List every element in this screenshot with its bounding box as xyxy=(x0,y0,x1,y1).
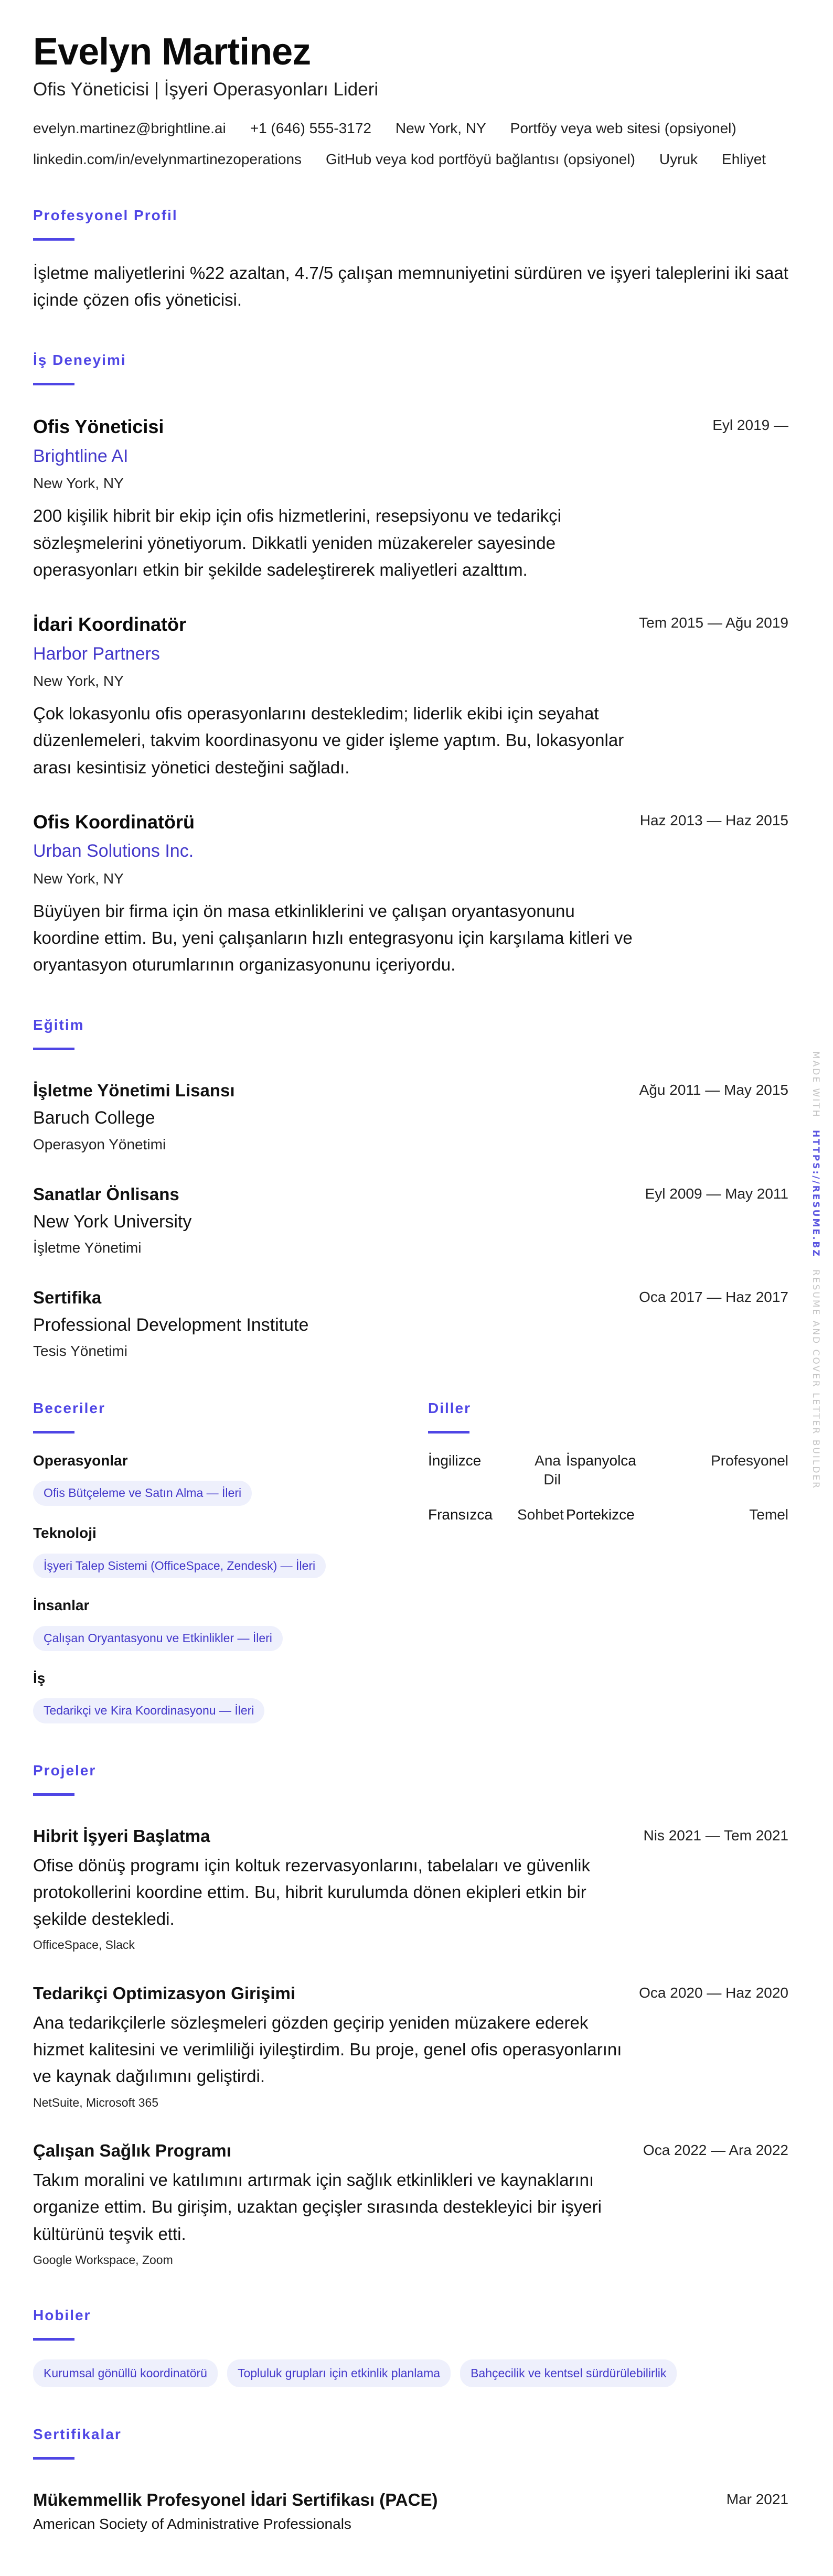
skill-chip: Ofis Bütçeleme ve Satın Alma — İleri xyxy=(33,1481,252,1506)
hobby-chip: Bahçecilik ve kentsel sürdürülebilirlik xyxy=(460,2359,677,2388)
language-name: Portekizce xyxy=(566,1505,650,1524)
skill-group: İş Tedarikçi ve Kira Koordinasyonu — İle… xyxy=(33,1669,428,1723)
project-name: Çalışan Sağlık Programı xyxy=(33,2140,231,2162)
section-title-projects: Projeler xyxy=(33,1762,788,1779)
section-experience: İş Deneyimi Ofis Yöneticisi Eyl 2019 — B… xyxy=(33,352,788,978)
education-item: Sanatlar Önlisans Eyl 2009 — May 2011 Ne… xyxy=(33,1183,788,1257)
contact-list: evelyn.martinez@brightline.ai +1 (646) 5… xyxy=(33,120,788,168)
section-languages: Diller İngilizce Ana Dil İspanyolca Prof… xyxy=(428,1400,788,1723)
school-name: New York University xyxy=(33,1210,788,1233)
job-title: Ofis Koordinatörü xyxy=(33,810,195,835)
section-projects: Projeler Hibrit İşyeri Başlatma Nis 2021… xyxy=(33,1762,788,2268)
skill-group: Teknoloji İşyeri Talep Sistemi (OfficeSp… xyxy=(33,1524,428,1578)
contact-driving-license: Ehliyet xyxy=(722,150,766,168)
resume-header: Evelyn Martinez Ofis Yöneticisi | İşyeri… xyxy=(33,33,788,168)
contact-portfolio[interactable]: Portföy veya web sitesi (opsiyonel) xyxy=(510,120,736,137)
degree-name: Sertifika xyxy=(33,1287,101,1309)
section-divider xyxy=(33,383,74,385)
hobby-chip: Kurumsal gönüllü koordinatörü xyxy=(33,2359,218,2388)
section-divider xyxy=(33,1793,74,1796)
education-item: İşletme Yönetimi Lisansı Ağu 2011 — May … xyxy=(33,1080,788,1154)
watermark-link[interactable]: https://resume.bz xyxy=(810,1130,821,1258)
degree-name: Sanatlar Önlisans xyxy=(33,1183,179,1206)
project-description: Ofise dönüş programı için koltuk rezerva… xyxy=(33,1852,636,1932)
job-dates: Haz 2013 — Haz 2015 xyxy=(640,810,788,830)
job-title: Ofis Yöneticisi xyxy=(33,415,164,439)
project-name: Hibrit İşyeri Başlatma xyxy=(33,1825,210,1848)
certification-name: Mükemmellik Profesyonel İdari Sertifikas… xyxy=(33,2489,437,2512)
section-title-profile: Profesyonel Profil xyxy=(33,207,788,224)
contact-linkedin[interactable]: linkedin.com/in/evelynmartinezoperations xyxy=(33,150,302,168)
project-item: Hibrit İşyeri Başlatma Nis 2021 — Tem 20… xyxy=(33,1825,788,1953)
project-tech: NetSuite, Microsoft 365 xyxy=(33,2095,788,2111)
project-tech: OfficeSpace, Slack xyxy=(33,1937,788,1953)
field-of-study: İşletme Yönetimi xyxy=(33,1238,788,1257)
project-item: Tedarikçi Optimizasyon Girişimi Oca 2020… xyxy=(33,1982,788,2110)
language-level: Temel xyxy=(655,1505,788,1524)
section-education: Eğitim İşletme Yönetimi Lisansı Ağu 2011… xyxy=(33,1017,788,1361)
contact-github[interactable]: GitHub veya kod portföyü bağlantısı (ops… xyxy=(326,150,635,168)
company-name: Urban Solutions Inc. xyxy=(33,839,788,863)
watermark-prefix: Made with xyxy=(810,1051,821,1118)
degree-name: İşletme Yönetimi Lisansı xyxy=(33,1080,235,1102)
section-title-education: Eğitim xyxy=(33,1017,788,1033)
school-name: Baruch College xyxy=(33,1106,788,1129)
language-level: Ana Dil xyxy=(517,1451,561,1490)
job-dates: Tem 2015 — Ağu 2019 xyxy=(639,612,788,632)
section-title-certifications: Sertifikalar xyxy=(33,2426,788,2443)
project-name: Tedarikçi Optimizasyon Girişimi xyxy=(33,1982,295,2005)
skill-group: İnsanlar Çalışan Oryantasyonu ve Etkinli… xyxy=(33,1596,428,1651)
profile-summary: İşletme maliyetlerini %22 azaltan, 4.7/5… xyxy=(33,260,788,313)
job-description: Büyüyen bir firma için ön masa etkinlikl… xyxy=(33,898,636,978)
project-description: Takım moralini ve katılımını artırmak iç… xyxy=(33,2167,636,2247)
company-name: Brightline AI xyxy=(33,445,788,468)
contact-email[interactable]: evelyn.martinez@brightline.ai xyxy=(33,120,226,137)
skill-group-name: İş xyxy=(33,1669,428,1688)
project-dates: Oca 2022 — Ara 2022 xyxy=(643,2140,788,2160)
section-divider xyxy=(33,238,74,241)
language-table: İngilizce Ana Dil İspanyolca Profesyonel… xyxy=(428,1451,788,1524)
builder-watermark: Made with https://resume.bz Resume and c… xyxy=(810,1051,821,1490)
skill-group-name: Operasyonlar xyxy=(33,1451,428,1470)
education-dates: Eyl 2009 — May 2011 xyxy=(645,1183,788,1203)
language-level: Sohbet xyxy=(517,1505,561,1524)
certification-date: Mar 2021 xyxy=(727,2489,788,2509)
section-divider xyxy=(33,2338,74,2341)
experience-item: İdari Koordinatör Tem 2015 — Ağu 2019 Ha… xyxy=(33,612,788,781)
watermark-suffix: Resume and cover letter builder xyxy=(810,1269,821,1490)
project-item: Çalışan Sağlık Programı Oca 2022 — Ara 2… xyxy=(33,2140,788,2268)
job-location: New York, NY xyxy=(33,672,788,691)
skill-chip: Tedarikçi ve Kira Koordinasyonu — İleri xyxy=(33,1698,264,1723)
job-description: 200 kişilik hibrit bir ekip için ofis hi… xyxy=(33,502,636,583)
language-name: İspanyolca xyxy=(566,1451,650,1490)
contact-phone[interactable]: +1 (646) 555-3172 xyxy=(250,120,371,137)
language-name: İngilizce xyxy=(428,1451,512,1490)
section-hobbies: Hobiler Kurumsal gönüllü koordinatörü To… xyxy=(33,2307,788,2388)
company-name: Harbor Partners xyxy=(33,642,788,665)
job-description: Çok lokasyonlu ofis operasyonlarını dest… xyxy=(33,700,636,780)
skill-group-name: İnsanlar xyxy=(33,1596,428,1615)
school-name: Professional Development Institute xyxy=(33,1313,788,1336)
language-row: İngilizce Ana Dil İspanyolca Profesyonel xyxy=(428,1451,788,1490)
field-of-study: Operasyon Yönetimi xyxy=(33,1135,788,1154)
resume-page: Evelyn Martinez Ofis Yöneticisi | İşyeri… xyxy=(0,0,833,2576)
language-name: Fransızca xyxy=(428,1505,512,1524)
section-certifications: Sertifikalar Mükemmellik Profesyonel İda… xyxy=(33,2426,788,2534)
field-of-study: Tesis Yönetimi xyxy=(33,1342,788,1361)
section-profile: Profesyonel Profil İşletme maliyetlerini… xyxy=(33,207,788,313)
project-tech: Google Workspace, Zoom xyxy=(33,2252,788,2268)
contact-location: New York, NY xyxy=(396,120,486,137)
education-dates: Oca 2017 — Haz 2017 xyxy=(639,1287,788,1307)
skills-languages-row: Beceriler Operasyonlar Ofis Bütçeleme ve… xyxy=(33,1400,788,1723)
job-location: New York, NY xyxy=(33,869,788,888)
hobby-list: Kurumsal gönüllü koordinatörü Topluluk g… xyxy=(33,2359,788,2388)
experience-item: Ofis Koordinatörü Haz 2013 — Haz 2015 Ur… xyxy=(33,810,788,978)
education-item: Sertifika Oca 2017 — Haz 2017 Profession… xyxy=(33,1287,788,1361)
project-dates: Oca 2020 — Haz 2020 xyxy=(639,1982,788,2002)
job-title: İdari Koordinatör xyxy=(33,612,186,637)
section-divider xyxy=(33,1431,74,1433)
certification-issuer: American Society of Administrative Profe… xyxy=(33,2515,788,2534)
certification-item: Mükemmellik Profesyonel İdari Sertifikas… xyxy=(33,2489,788,2534)
skill-chip: İşyeri Talep Sistemi (OfficeSpace, Zende… xyxy=(33,1554,326,1579)
candidate-headline: Ofis Yöneticisi | İşyeri Operasyonları L… xyxy=(33,79,788,101)
candidate-name: Evelyn Martinez xyxy=(33,33,788,72)
language-level: Profesyonel xyxy=(655,1451,788,1490)
experience-item: Ofis Yöneticisi Eyl 2019 — Brightline AI… xyxy=(33,415,788,583)
skill-group: Operasyonlar Ofis Bütçeleme ve Satın Alm… xyxy=(33,1451,428,1506)
contact-nationality: Uyruk xyxy=(659,150,698,168)
section-title-skills: Beceriler xyxy=(33,1400,428,1417)
hobby-chip: Topluluk grupları için etkinlik planlama xyxy=(227,2359,451,2388)
section-divider xyxy=(33,1048,74,1050)
section-skills: Beceriler Operasyonlar Ofis Bütçeleme ve… xyxy=(33,1400,428,1723)
project-dates: Nis 2021 — Tem 2021 xyxy=(643,1825,788,1845)
education-dates: Ağu 2011 — May 2015 xyxy=(639,1080,788,1100)
job-location: New York, NY xyxy=(33,474,788,493)
section-title-experience: İş Deneyimi xyxy=(33,352,788,369)
section-title-languages: Diller xyxy=(428,1400,788,1417)
job-dates: Eyl 2019 — xyxy=(712,415,788,435)
section-title-hobbies: Hobiler xyxy=(33,2307,788,2324)
skill-chip: Çalışan Oryantasyonu ve Etkinlikler — İl… xyxy=(33,1626,283,1651)
language-row: Fransızca Sohbet Portekizce Temel xyxy=(428,1505,788,1524)
project-description: Ana tedarikçilerle sözleşmeleri gözden g… xyxy=(33,2009,636,2089)
skill-group-name: Teknoloji xyxy=(33,1524,428,1543)
section-divider xyxy=(33,2457,74,2460)
section-divider xyxy=(428,1431,469,1433)
